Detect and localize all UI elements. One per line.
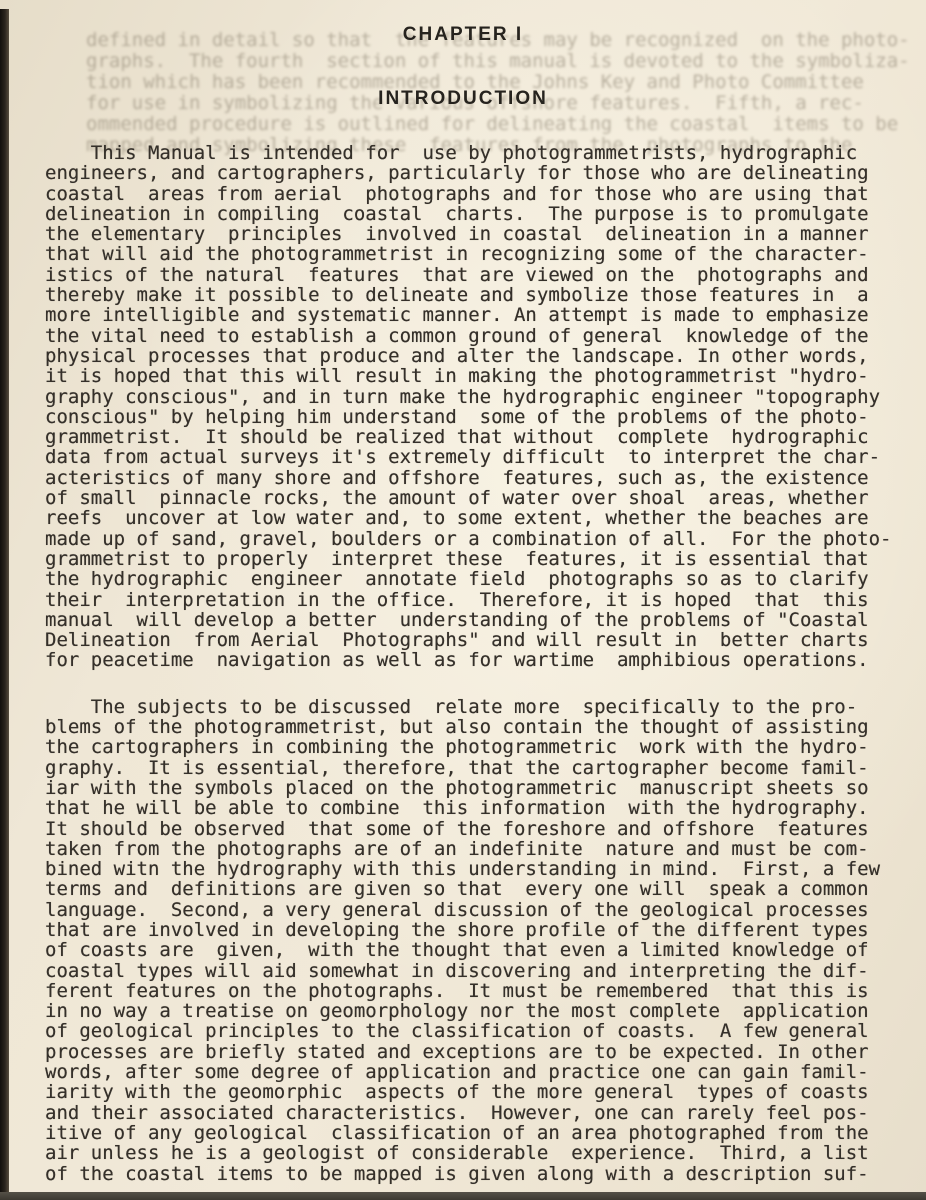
text-line: more intelligible and systematic manner.… bbox=[45, 305, 888, 325]
text-line: of the coastal items to be mapped is giv… bbox=[45, 1164, 888, 1184]
section-heading: INTRODUCTION bbox=[0, 88, 926, 110]
text-line: the elementary principles involved in co… bbox=[45, 224, 888, 244]
text-line: physical processes that produce and alte… bbox=[45, 346, 888, 366]
text-line: ommended procedure is outlined for delin… bbox=[86, 114, 884, 135]
text-line: the cartographers in combining the photo… bbox=[45, 737, 888, 757]
text-line: istics of the natural features that are … bbox=[45, 265, 888, 285]
text-line: the hydrographic engineer annotate field… bbox=[45, 569, 888, 589]
text-line: graphy. It is essential, therefore, that… bbox=[45, 758, 888, 778]
text-line: iar with the symbols placed on the photo… bbox=[45, 778, 888, 798]
text-line: reefs uncover at low water and, to some … bbox=[45, 508, 888, 528]
text-line: thereby make it possible to delineate an… bbox=[45, 285, 888, 305]
text-line: graphs. The fourth section of this manua… bbox=[86, 51, 884, 72]
text-line: in no way a treatise on geomorphology no… bbox=[45, 1001, 888, 1021]
text-line: This Manual is intended for use by photo… bbox=[45, 143, 888, 163]
text-line: engineers, and cartographers, particular… bbox=[45, 163, 888, 183]
text-line: of small pinnacle rocks, the amount of w… bbox=[45, 488, 888, 508]
text-line: that will aid the photogrammetrist in re… bbox=[45, 244, 888, 264]
text-line: words, after some degree of application … bbox=[45, 1062, 888, 1082]
text-line: It should be observed that some of the f… bbox=[45, 819, 888, 839]
text-line: of coasts are given, with the thought th… bbox=[45, 940, 888, 960]
text-line: delineation in compiling coastal charts.… bbox=[45, 204, 888, 224]
text-line: The subjects to be discussed relate more… bbox=[45, 697, 888, 717]
text-line: manual will develop a better understandi… bbox=[45, 610, 888, 630]
paragraph-2: The subjects to be discussed relate more… bbox=[45, 697, 888, 1184]
text-line: their interpretation in the office. Ther… bbox=[45, 590, 888, 610]
text-line: coastal types will aid somewhat in disco… bbox=[45, 961, 888, 981]
text-line: Delineation from Aerial Photographs" and… bbox=[45, 630, 888, 650]
text-line: air unless he is a geologist of consider… bbox=[45, 1143, 888, 1163]
text-line: made up of sand, gravel, boulders or a c… bbox=[45, 529, 888, 549]
text-line: blems of the photogrammetrist, but also … bbox=[45, 717, 888, 737]
text-line: for peacetime navigation as well as for … bbox=[45, 650, 888, 670]
text-line: that he will be able to combine this inf… bbox=[45, 798, 888, 818]
text-line: ferent features on the photographs. It m… bbox=[45, 981, 888, 1001]
text-line: processes are briefly stated and excepti… bbox=[45, 1042, 888, 1062]
text-line: conscious" by helping him understand som… bbox=[45, 407, 888, 427]
text-line: coastal areas from aerial photographs an… bbox=[45, 184, 888, 204]
text-line: taken from the photographs are of an ind… bbox=[45, 839, 888, 859]
text-line: that are involved in developing the shor… bbox=[45, 920, 888, 940]
paragraph-1: This Manual is intended for use by photo… bbox=[45, 143, 888, 671]
text-line: grammetrist to properly interpret these … bbox=[45, 549, 888, 569]
text-line: acteristics of many shore and offshore f… bbox=[45, 468, 888, 488]
chapter-heading: CHAPTER I bbox=[0, 24, 926, 46]
text-line: iarity with the geomorphic aspects of th… bbox=[45, 1082, 888, 1102]
text-line: grammetrist. It should be realized that … bbox=[45, 427, 888, 447]
text-line: bined witn the hydrography with this und… bbox=[45, 859, 888, 879]
scan-edge-bottom bbox=[0, 1192, 926, 1200]
text-line: data from actual surveys it's extremely … bbox=[45, 447, 888, 467]
text-line: of geological principles to the classifi… bbox=[45, 1021, 888, 1041]
text-line: graphy conscious", and in turn make the … bbox=[45, 387, 888, 407]
text-line: itive of any geological classification o… bbox=[45, 1123, 888, 1143]
page-body: This Manual is intended for use by photo… bbox=[45, 143, 888, 1184]
scan-edge-left bbox=[0, 9, 9, 1200]
text-line: language. Second, a very general discuss… bbox=[45, 900, 888, 920]
text-line: it is hoped that this will result in mak… bbox=[45, 366, 888, 386]
scanned-page: defined in detail so that the features m… bbox=[0, 0, 926, 1200]
text-line: the vital need to establish a common gro… bbox=[45, 326, 888, 346]
text-line: and their associated characteristics. Ho… bbox=[45, 1103, 888, 1123]
text-line: terms and definitions are given so that … bbox=[45, 879, 888, 899]
